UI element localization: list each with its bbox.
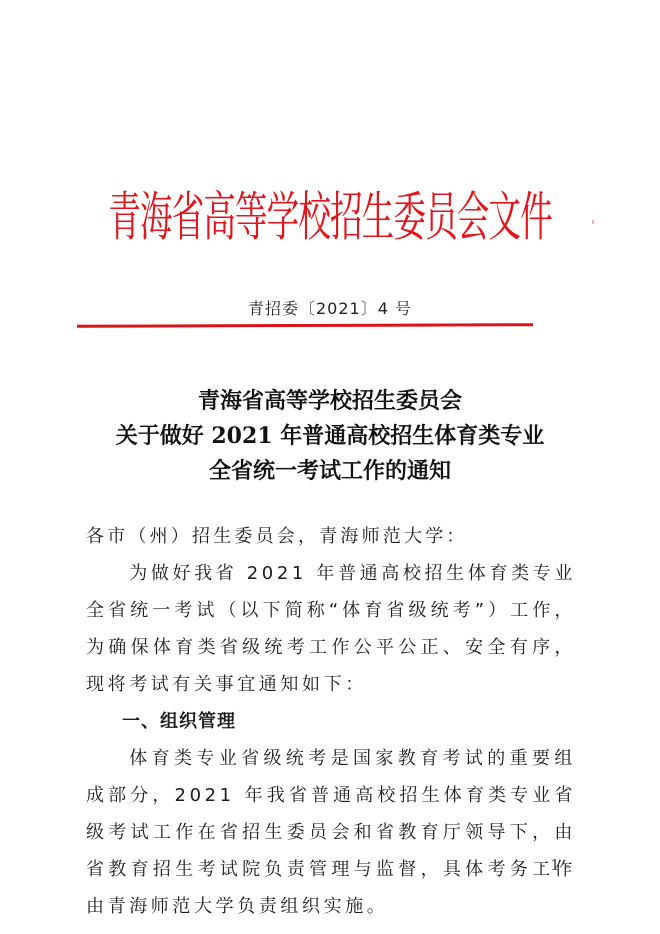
salutation: 各市（州）招生委员会，青海师范大学：	[86, 518, 576, 555]
masthead-title: 青海省高等学校招生委员会文件	[80, 178, 580, 258]
intro-paragraph: 为做好我省 2021 年普通高校招生体育类专业全省统一考试（以下简称“体育省级统…	[86, 555, 576, 703]
notice-body: 各市（州）招生委员会，青海师范大学： 为做好我省 2021 年普通高校招生体育类…	[86, 518, 576, 925]
section-heading-organization: 一、组织管理	[86, 703, 576, 740]
scan-artifact	[592, 220, 594, 224]
notice-title-line-1: 青海省高等学校招生委员会	[60, 384, 600, 419]
page-number: - 1 -	[530, 856, 580, 874]
notice-title-line-3: 全省统一考试工作的通知	[60, 454, 600, 489]
masthead-text: 青海省高等学校招生委员会文件	[108, 156, 552, 280]
document-number: 青招委〔2021〕4 号	[200, 296, 460, 319]
section-paragraph: 体育类专业省级统考是国家教育考试的重要组成部分，2021 年我省普通高校招生体育…	[86, 740, 576, 925]
red-divider-line	[77, 323, 533, 328]
notice-title: 青海省高等学校招生委员会 关于做好 2021 年普通高校招生体育类专业 全省统一…	[60, 384, 600, 489]
document-page: 青海省高等学校招生委员会文件 青招委〔2021〕4 号 青海省高等学校招生委员会…	[0, 0, 660, 934]
notice-title-line-2: 关于做好 2021 年普通高校招生体育类专业	[60, 419, 600, 454]
